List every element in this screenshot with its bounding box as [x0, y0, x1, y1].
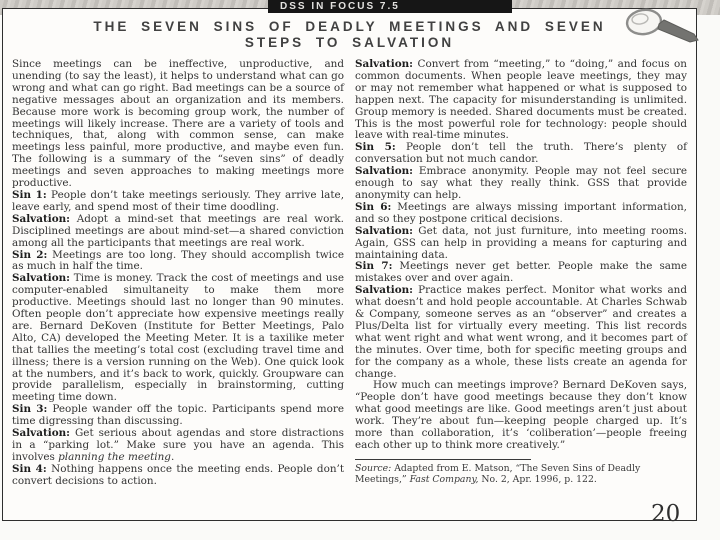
page-title: THE SEVEN SINS OF DEADLY MEETINGS AND SE… [3, 19, 696, 51]
paragraph-lead: Salvation: [12, 427, 70, 439]
focus-banner-label: DSS IN FOCUS 7.5 [280, 1, 400, 12]
paragraph-lead: Sin 2: [12, 249, 47, 261]
paragraph: Salvation: Embrace anonymity. People may… [355, 166, 687, 202]
paragraph: Salvation: Time is money. Track the cost… [12, 273, 344, 404]
paragraph-lead: Sin 3: [12, 403, 47, 415]
page-title-line2: STEPS TO SALVATION [3, 35, 696, 51]
paragraph: Salvation: Practice makes perfect. Monit… [355, 285, 687, 380]
paragraph-lead: Salvation: [12, 272, 70, 284]
page-title-line1: THE SEVEN SINS OF DEADLY MEETINGS AND SE… [3, 19, 696, 35]
paragraph: Sin 4: Nothing happens once the meeting … [12, 464, 344, 488]
source-note: Source: Adapted from E. Matson, “The Sev… [355, 463, 687, 485]
article-body: Since meetings can be ineffective, unpro… [3, 51, 696, 488]
paragraph-lead: Sin 6: [355, 201, 391, 213]
paragraph: How much can meetings improve? Bernard D… [355, 380, 687, 451]
paragraph-lead: Sin 5: [355, 141, 396, 153]
paragraph: Salvation: Get serious about agendas and… [12, 428, 344, 464]
paragraph: Sin 3: People wander off the topic. Part… [12, 404, 344, 428]
paragraph: Sin 6: Meetings are always missing impor… [355, 202, 687, 226]
right-column: Salvation: Convert from “meeting,” to “d… [355, 59, 687, 488]
paragraph-lead: Salvation: [355, 284, 413, 296]
paragraph-lead: Sin 1: [12, 189, 47, 201]
document-box: THE SEVEN SINS OF DEADLY MEETINGS AND SE… [2, 8, 697, 521]
left-column: Since meetings can be ineffective, unpro… [12, 59, 344, 488]
paragraph-lead: Salvation: [12, 213, 70, 225]
page-number: 20 [651, 501, 680, 527]
paragraph: Salvation: Get data, not just furniture,… [355, 226, 687, 262]
paragraph-lead: Salvation: [355, 165, 413, 177]
paragraph: Sin 5: People don’t tell the truth. Ther… [355, 142, 687, 166]
paragraph: Since meetings can be ineffective, unpro… [12, 59, 344, 190]
paragraph-lead: Sin 7: [355, 260, 392, 272]
source-divider [355, 459, 531, 460]
magnifier-icon [620, 4, 706, 52]
focus-banner: DSS IN FOCUS 7.5 [268, 0, 512, 13]
paragraph-lead: Salvation: [355, 58, 413, 70]
paragraph-lead: Sin 4: [12, 463, 47, 475]
paragraph: Salvation: Convert from “meeting,” to “d… [355, 59, 687, 142]
slide: DSS IN FOCUS 7.5 THE SEVEN SINS OF DEADL… [0, 0, 720, 540]
paragraph: Sin 2: Meetings are too long. They shoul… [12, 250, 344, 274]
paragraph: Salvation: Adopt a mind-set that meeting… [12, 214, 344, 250]
paragraph: Sin 1: People don’t take meetings seriou… [12, 190, 344, 214]
paragraph: Sin 7: Meetings never get better. People… [355, 261, 687, 285]
paragraph-lead: Salvation: [355, 225, 413, 237]
